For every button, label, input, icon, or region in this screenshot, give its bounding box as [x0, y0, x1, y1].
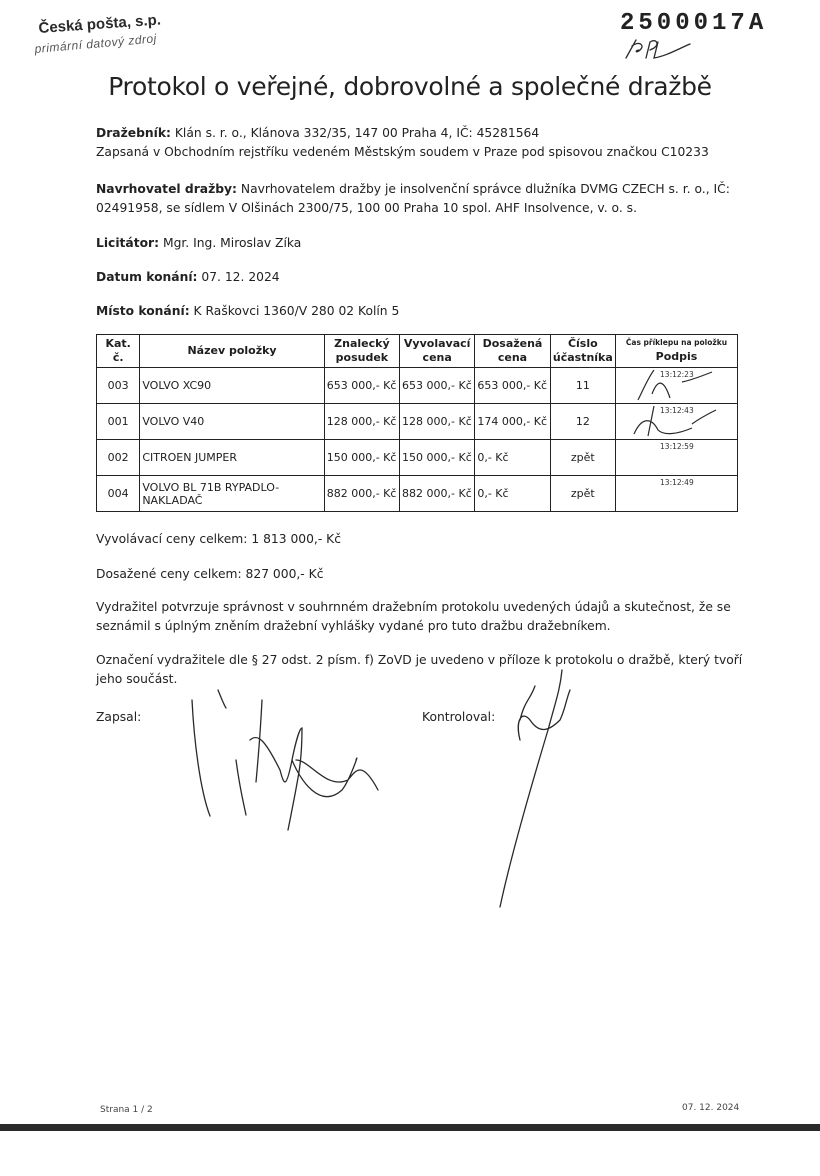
auctioneer-value: Klán s. r. o., Klánova 332/35, 147 00 Pr…: [175, 126, 539, 140]
page-number: Strana 1 / 2: [100, 1105, 153, 1115]
place-value: K Raškovci 1360/V 280 02 Kolín 5: [194, 304, 400, 318]
total-achieved: Dosažené ceny celkem: 827 000,- Kč: [96, 565, 746, 584]
table-row: 002CITROEN JUMPER150 000,- Kč150 000,- K…: [97, 440, 738, 476]
designation-text: Označení vydražitele dle § 27 odst. 2 pí…: [96, 651, 746, 689]
cell-appraisal: 882 000,- Kč: [324, 476, 399, 512]
cell-name: VOLVO V40: [140, 404, 324, 440]
proposer-label: Navrhovatel dražby:: [96, 182, 237, 196]
handwritten-signatures: [0, 0, 820, 1176]
cell-achieved: 653 000,- Kč: [475, 368, 550, 404]
winner-signature: [618, 404, 728, 438]
cell-appraisal: 128 000,- Kč: [324, 404, 399, 440]
auction-items-table: Kat. č. Název položky Znalecký posudek V…: [96, 334, 738, 512]
cell-kat: 002: [97, 440, 140, 476]
licitator-label: Licitátor:: [96, 236, 159, 250]
cell-participant: zpět: [550, 476, 615, 512]
header-time-label: Čas příklepu na položku: [618, 336, 735, 350]
cell-signature: 13:12:49: [616, 476, 738, 512]
cell-name: CITROEN JUMPER: [140, 440, 324, 476]
table-row: 004VOLVO BL 71B RYPADLO-NAKLADAČ882 000,…: [97, 476, 738, 512]
cell-participant: 12: [550, 404, 615, 440]
total-starting: Vyvolávací ceny celkem: 1 813 000,- Kč: [96, 530, 746, 549]
licitator-value: Mgr. Ing. Miroslav Zíka: [163, 236, 301, 250]
recorded-by-label: Zapsal:: [96, 708, 196, 727]
cell-participant: 11: [550, 368, 615, 404]
proposer-section: Navrhovatel dražby: Navrhovatelem dražby…: [96, 180, 746, 218]
page-title: Protokol o veřejné, dobrovolné a společn…: [0, 72, 820, 101]
winner-signature: [618, 368, 728, 402]
cell-starting: 882 000,- Kč: [400, 476, 475, 512]
cell-starting: 150 000,- Kč: [400, 440, 475, 476]
auctioneer-registry: Zapsaná v Obchodním rejstříku vedeném Mě…: [96, 145, 709, 159]
date-section: Datum konání: 07. 12. 2024: [96, 268, 746, 287]
checked-by-label: Kontroloval:: [422, 708, 542, 727]
recorded-by-signature: [192, 690, 378, 830]
header-appraisal: Znalecký posudek: [324, 335, 399, 368]
cell-name: VOLVO BL 71B RYPADLO-NAKLADAČ: [140, 476, 324, 512]
table-row: 003VOLVO XC90653 000,- Kč653 000,- Kč653…: [97, 368, 738, 404]
date-value: 07. 12. 2024: [201, 270, 279, 284]
footer-divider: [0, 1124, 820, 1131]
cell-achieved: 0,- Kč: [475, 440, 550, 476]
cell-achieved: 174 000,- Kč: [475, 404, 550, 440]
header-achieved: Dosažená cena: [475, 335, 550, 368]
table-header-row: Kat. č. Název položky Znalecký posudek V…: [97, 335, 738, 368]
cell-kat: 001: [97, 404, 140, 440]
footer-date: 07. 12. 2024: [682, 1103, 739, 1113]
header-signature-label: Podpis: [618, 350, 735, 364]
place-label: Místo konání:: [96, 304, 190, 318]
cell-achieved: 0,- Kč: [475, 476, 550, 512]
cell-appraisal: 150 000,- Kč: [324, 440, 399, 476]
cell-name: VOLVO XC90: [140, 368, 324, 404]
hammer-time: 13:12:49: [660, 478, 694, 487]
cell-signature: 13:12:59: [616, 440, 738, 476]
date-label: Datum konání:: [96, 270, 197, 284]
licitator-section: Licitátor: Mgr. Ing. Miroslav Zíka: [96, 234, 746, 253]
auctioneer-section: Dražebník: Klán s. r. o., Klánova 332/35…: [96, 124, 746, 162]
cell-starting: 128 000,- Kč: [400, 404, 475, 440]
checked-by-signature: [500, 670, 570, 907]
place-section: Místo konání: K Raškovci 1360/V 280 02 K…: [96, 302, 746, 321]
auctioneer-label: Dražebník:: [96, 126, 171, 140]
hammer-time: 13:12:59: [660, 442, 694, 451]
cell-kat: 003: [97, 368, 140, 404]
header-signature: Čas příklepu na položku Podpis: [616, 335, 738, 368]
cell-signature: 13:12:43: [616, 404, 738, 440]
header-name: Název položky: [140, 335, 324, 368]
cell-starting: 653 000,- Kč: [400, 368, 475, 404]
statement-text: Vydražitel potvrzuje správnost v souhrnn…: [96, 598, 746, 636]
initials-mark: [626, 40, 690, 58]
cell-appraisal: 653 000,- Kč: [324, 368, 399, 404]
header-participant: Číslo účastníka: [550, 335, 615, 368]
cell-kat: 004: [97, 476, 140, 512]
document-number: 2500017A: [620, 10, 767, 37]
header-kat: Kat. č.: [97, 335, 140, 368]
cell-participant: zpět: [550, 440, 615, 476]
header-starting: Vyvolavací cena: [400, 335, 475, 368]
table-row: 001VOLVO V40128 000,- Kč128 000,- Kč174 …: [97, 404, 738, 440]
cell-signature: 13:12:23: [616, 368, 738, 404]
